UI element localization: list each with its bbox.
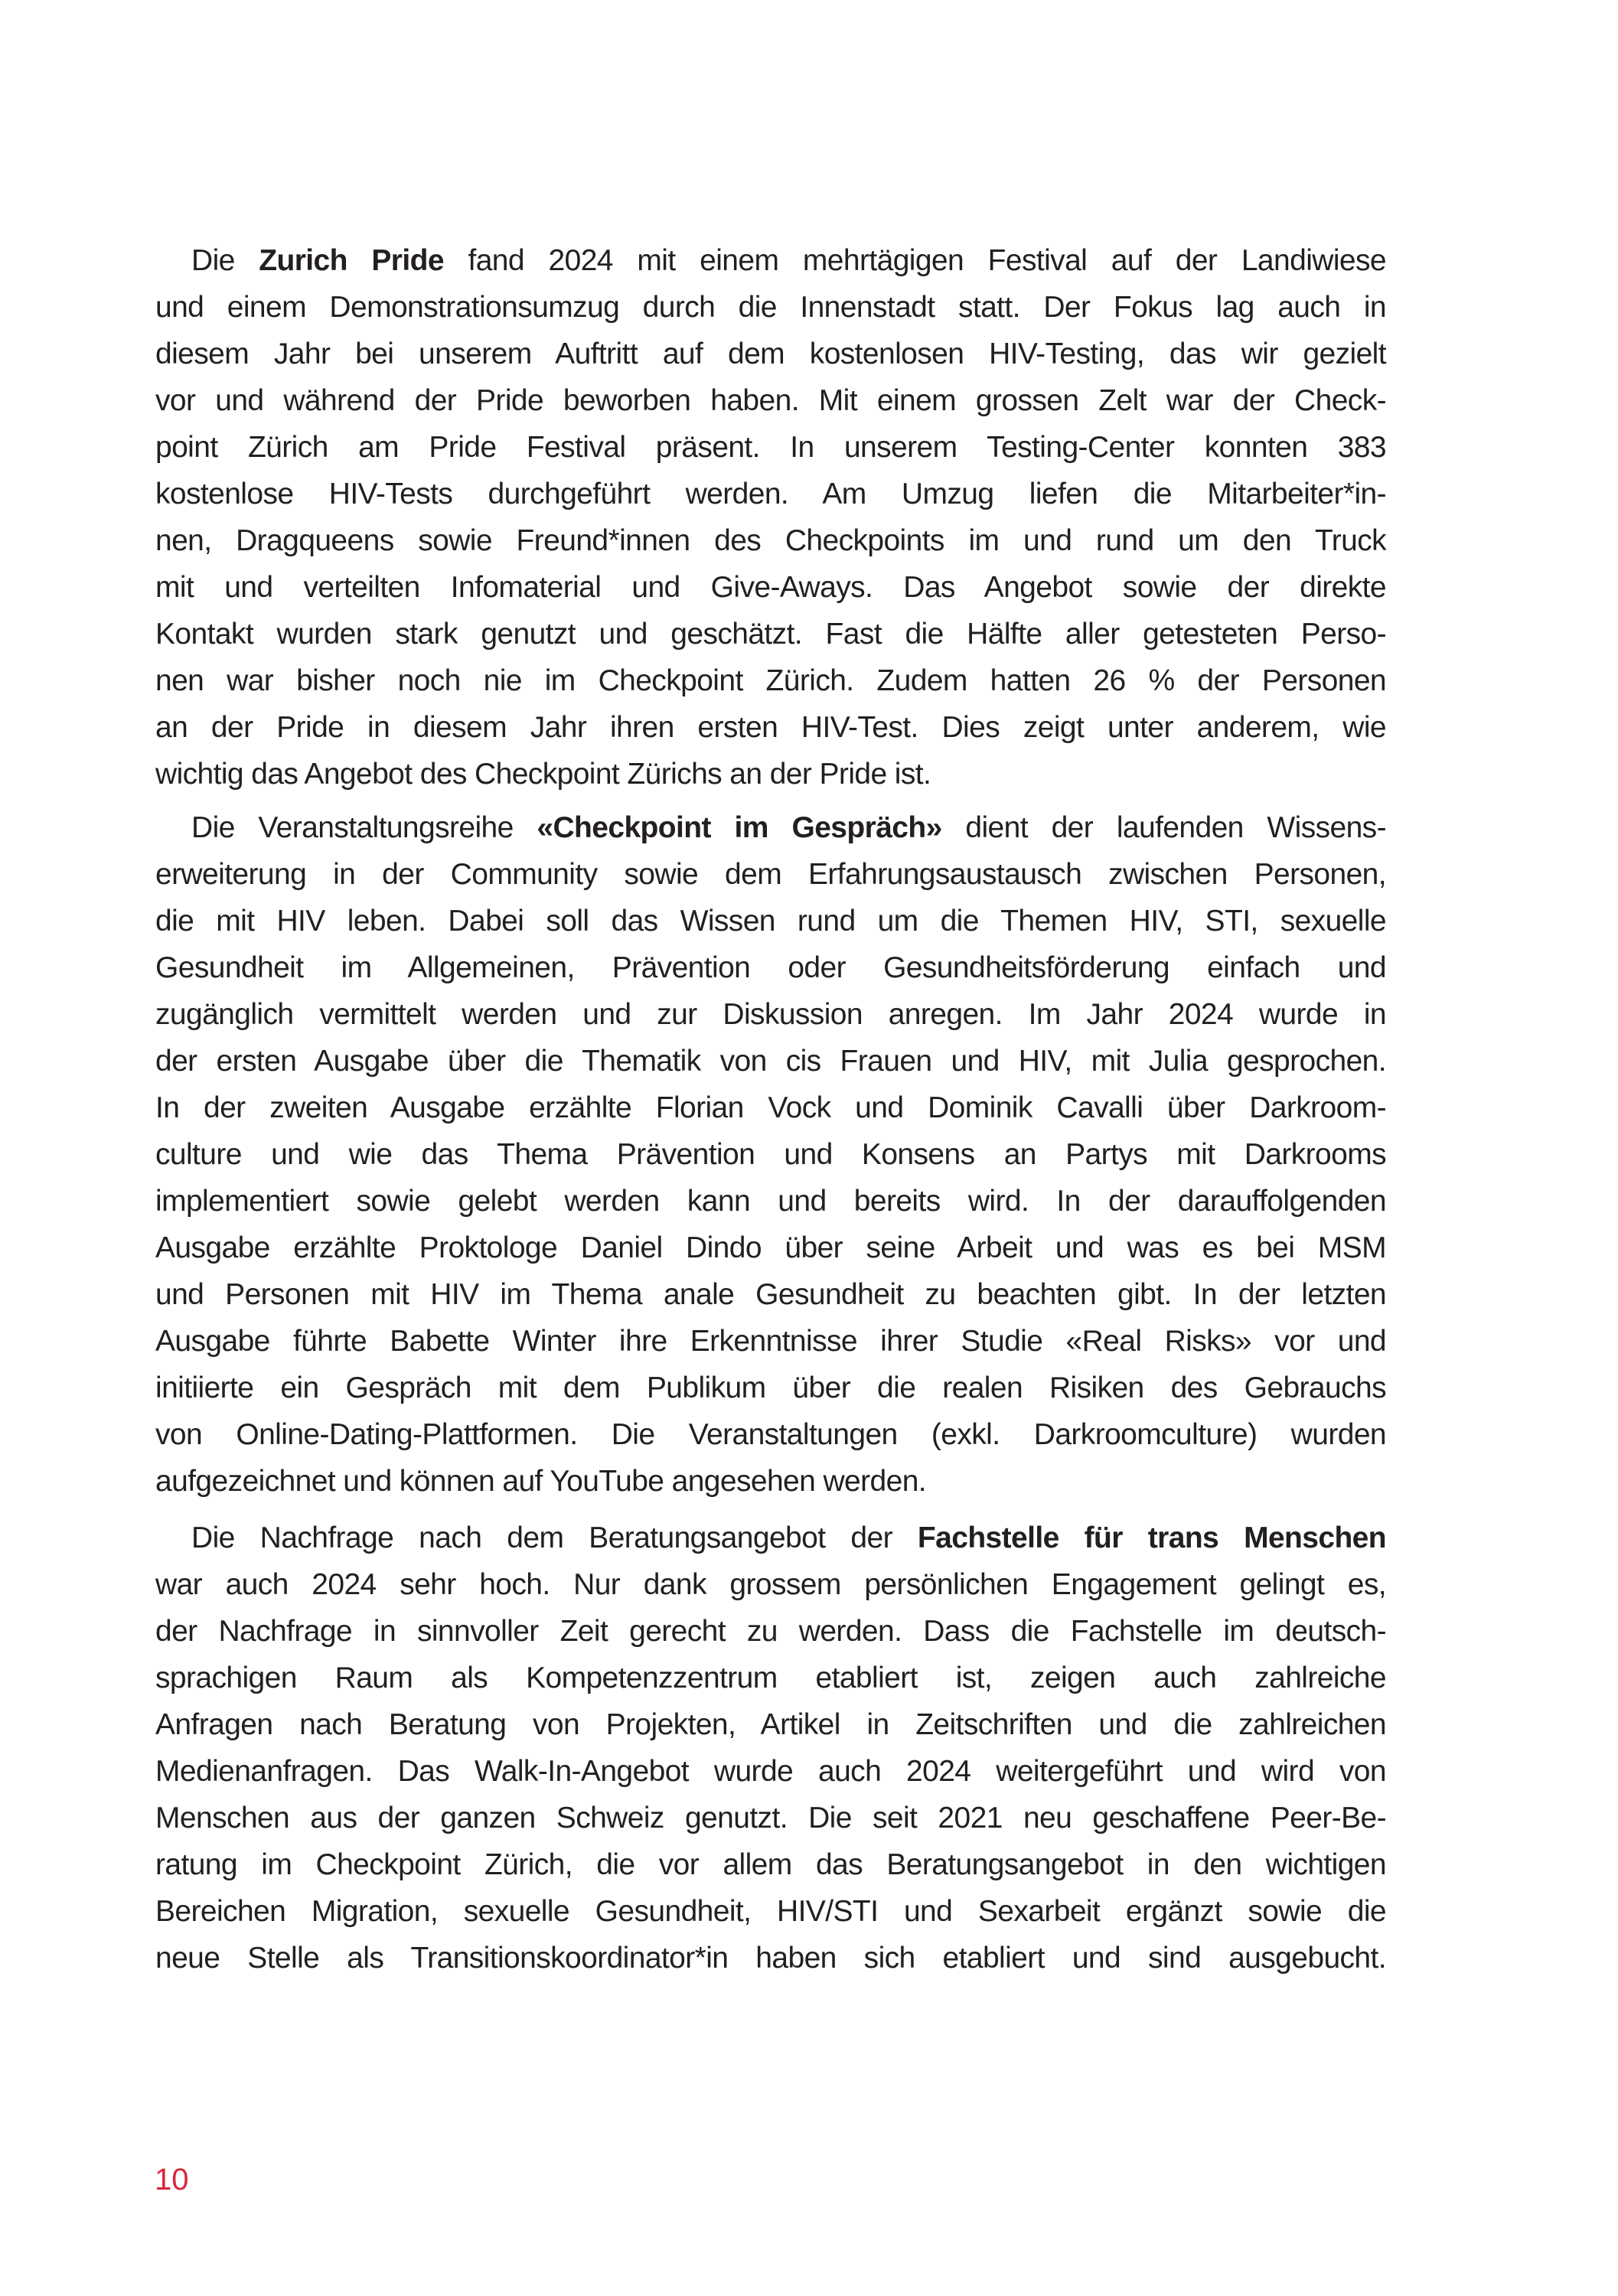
text-line: die mit HIV leben. Dabei soll das Wissen… (155, 898, 1386, 944)
text-line: war auch 2024 sehr hoch. Nur dank grosse… (155, 1561, 1386, 1608)
paragraph-lead: Die Nachfrage nach dem Beratungsangebot … (191, 1521, 918, 1554)
paragraph-lead: Die (191, 244, 259, 277)
text-line: initiierte ein Gespräch mit dem Publikum… (155, 1365, 1386, 1411)
text-line: der ersten Ausgabe über die Thematik von… (155, 1038, 1386, 1084)
text-line: und einem Demonstrationsumzug durch die … (155, 284, 1386, 331)
text-line: ratung im Checkpoint Zürich, die vor all… (155, 1841, 1386, 1888)
text-line: Medienanfragen. Das Walk-In-Angebot wurd… (155, 1748, 1386, 1795)
text-line: sprachigen Raum als Kompetenzzentrum eta… (155, 1655, 1386, 1701)
text-line: zugänglich vermittelt werden und zur Dis… (155, 991, 1386, 1038)
text-line: Die Zurich Pride fand 2024 mit einem meh… (155, 237, 1386, 284)
text-line: der Nachfrage in sinnvoller Zeit gerecht… (155, 1608, 1386, 1655)
paragraph-fachstelle-trans: Die Nachfrage nach dem Beratungsangebot … (155, 1515, 1386, 1981)
text-line: implementiert sowie gelebt werden kann u… (155, 1178, 1386, 1225)
page-number: 10 (155, 2163, 189, 2197)
text-line: aufgezeichnet und können auf YouTube ang… (155, 1458, 1386, 1505)
text-line: mit und verteilten Infomaterial und Give… (155, 564, 1386, 611)
text-line: Die Nachfrage nach dem Beratungsangebot … (155, 1515, 1386, 1561)
text-line: In der zweiten Ausgabe erzählte Florian … (155, 1084, 1386, 1131)
highlight-fachstelle-trans: Fachstelle für trans Menschen (918, 1521, 1386, 1554)
text-line: Bereichen Migration, sexuelle Gesundheit… (155, 1888, 1386, 1935)
text-line: culture und wie das Thema Prävention und… (155, 1131, 1386, 1178)
text-line: nen, Dragqueens sowie Freund*innen des C… (155, 517, 1386, 564)
text-line: Ausgabe führte Babette Winter ihre Erken… (155, 1318, 1386, 1365)
text-line: Kontakt wurden stark genutzt und geschät… (155, 611, 1386, 657)
text-line: Menschen aus der ganzen Schweiz genutzt.… (155, 1795, 1386, 1841)
highlight-checkpoint-im-gespraech: «Checkpoint im Gespräch» (537, 811, 941, 844)
text-line: erweiterung in der Community sowie dem E… (155, 851, 1386, 898)
text-line: an der Pride in diesem Jahr ihren ersten… (155, 704, 1386, 751)
text-line: neue Stelle als Transitionskoordinator*i… (155, 1935, 1386, 1981)
text-line: wichtig das Angebot des Checkpoint Züric… (155, 751, 1386, 797)
text-line: kostenlose HIV-Tests durchgeführt werden… (155, 471, 1386, 517)
text-line: Anfragen nach Beratung von Projekten, Ar… (155, 1701, 1386, 1748)
text-line: von Online-Dating-Plattformen. Die Veran… (155, 1411, 1386, 1458)
text-line: Ausgabe erzählte Proktologe Daniel Dindo… (155, 1225, 1386, 1271)
text-line: point Zürich am Pride Festival präsent. … (155, 424, 1386, 471)
text-line: Die Veranstaltungsreihe «Checkpoint im G… (155, 804, 1386, 851)
document-page: Die Zurich Pride fand 2024 mit einem meh… (0, 0, 1618, 2296)
text-line: und Personen mit HIV im Thema anale Gesu… (155, 1271, 1386, 1318)
text-line: Gesundheit im Allgemeinen, Prävention od… (155, 944, 1386, 991)
line-text: fand 2024 mit einem mehrtägigen Festival… (468, 244, 1386, 277)
line-text: dient der laufenden Wissens- (965, 811, 1386, 844)
highlight-zurich-pride: Zurich Pride (259, 244, 444, 277)
paragraph-lead: Die Veranstaltungsreihe (191, 811, 537, 844)
paragraph-checkpoint-im-gespraech: Die Veranstaltungsreihe «Checkpoint im G… (155, 804, 1386, 1505)
text-line: nen war bisher noch nie im Checkpoint Zü… (155, 657, 1386, 704)
paragraph-zurich-pride: Die Zurich Pride fand 2024 mit einem meh… (155, 237, 1386, 797)
text-line: vor und während der Pride beworben haben… (155, 377, 1386, 424)
text-line: diesem Jahr bei unserem Auftritt auf dem… (155, 331, 1386, 377)
